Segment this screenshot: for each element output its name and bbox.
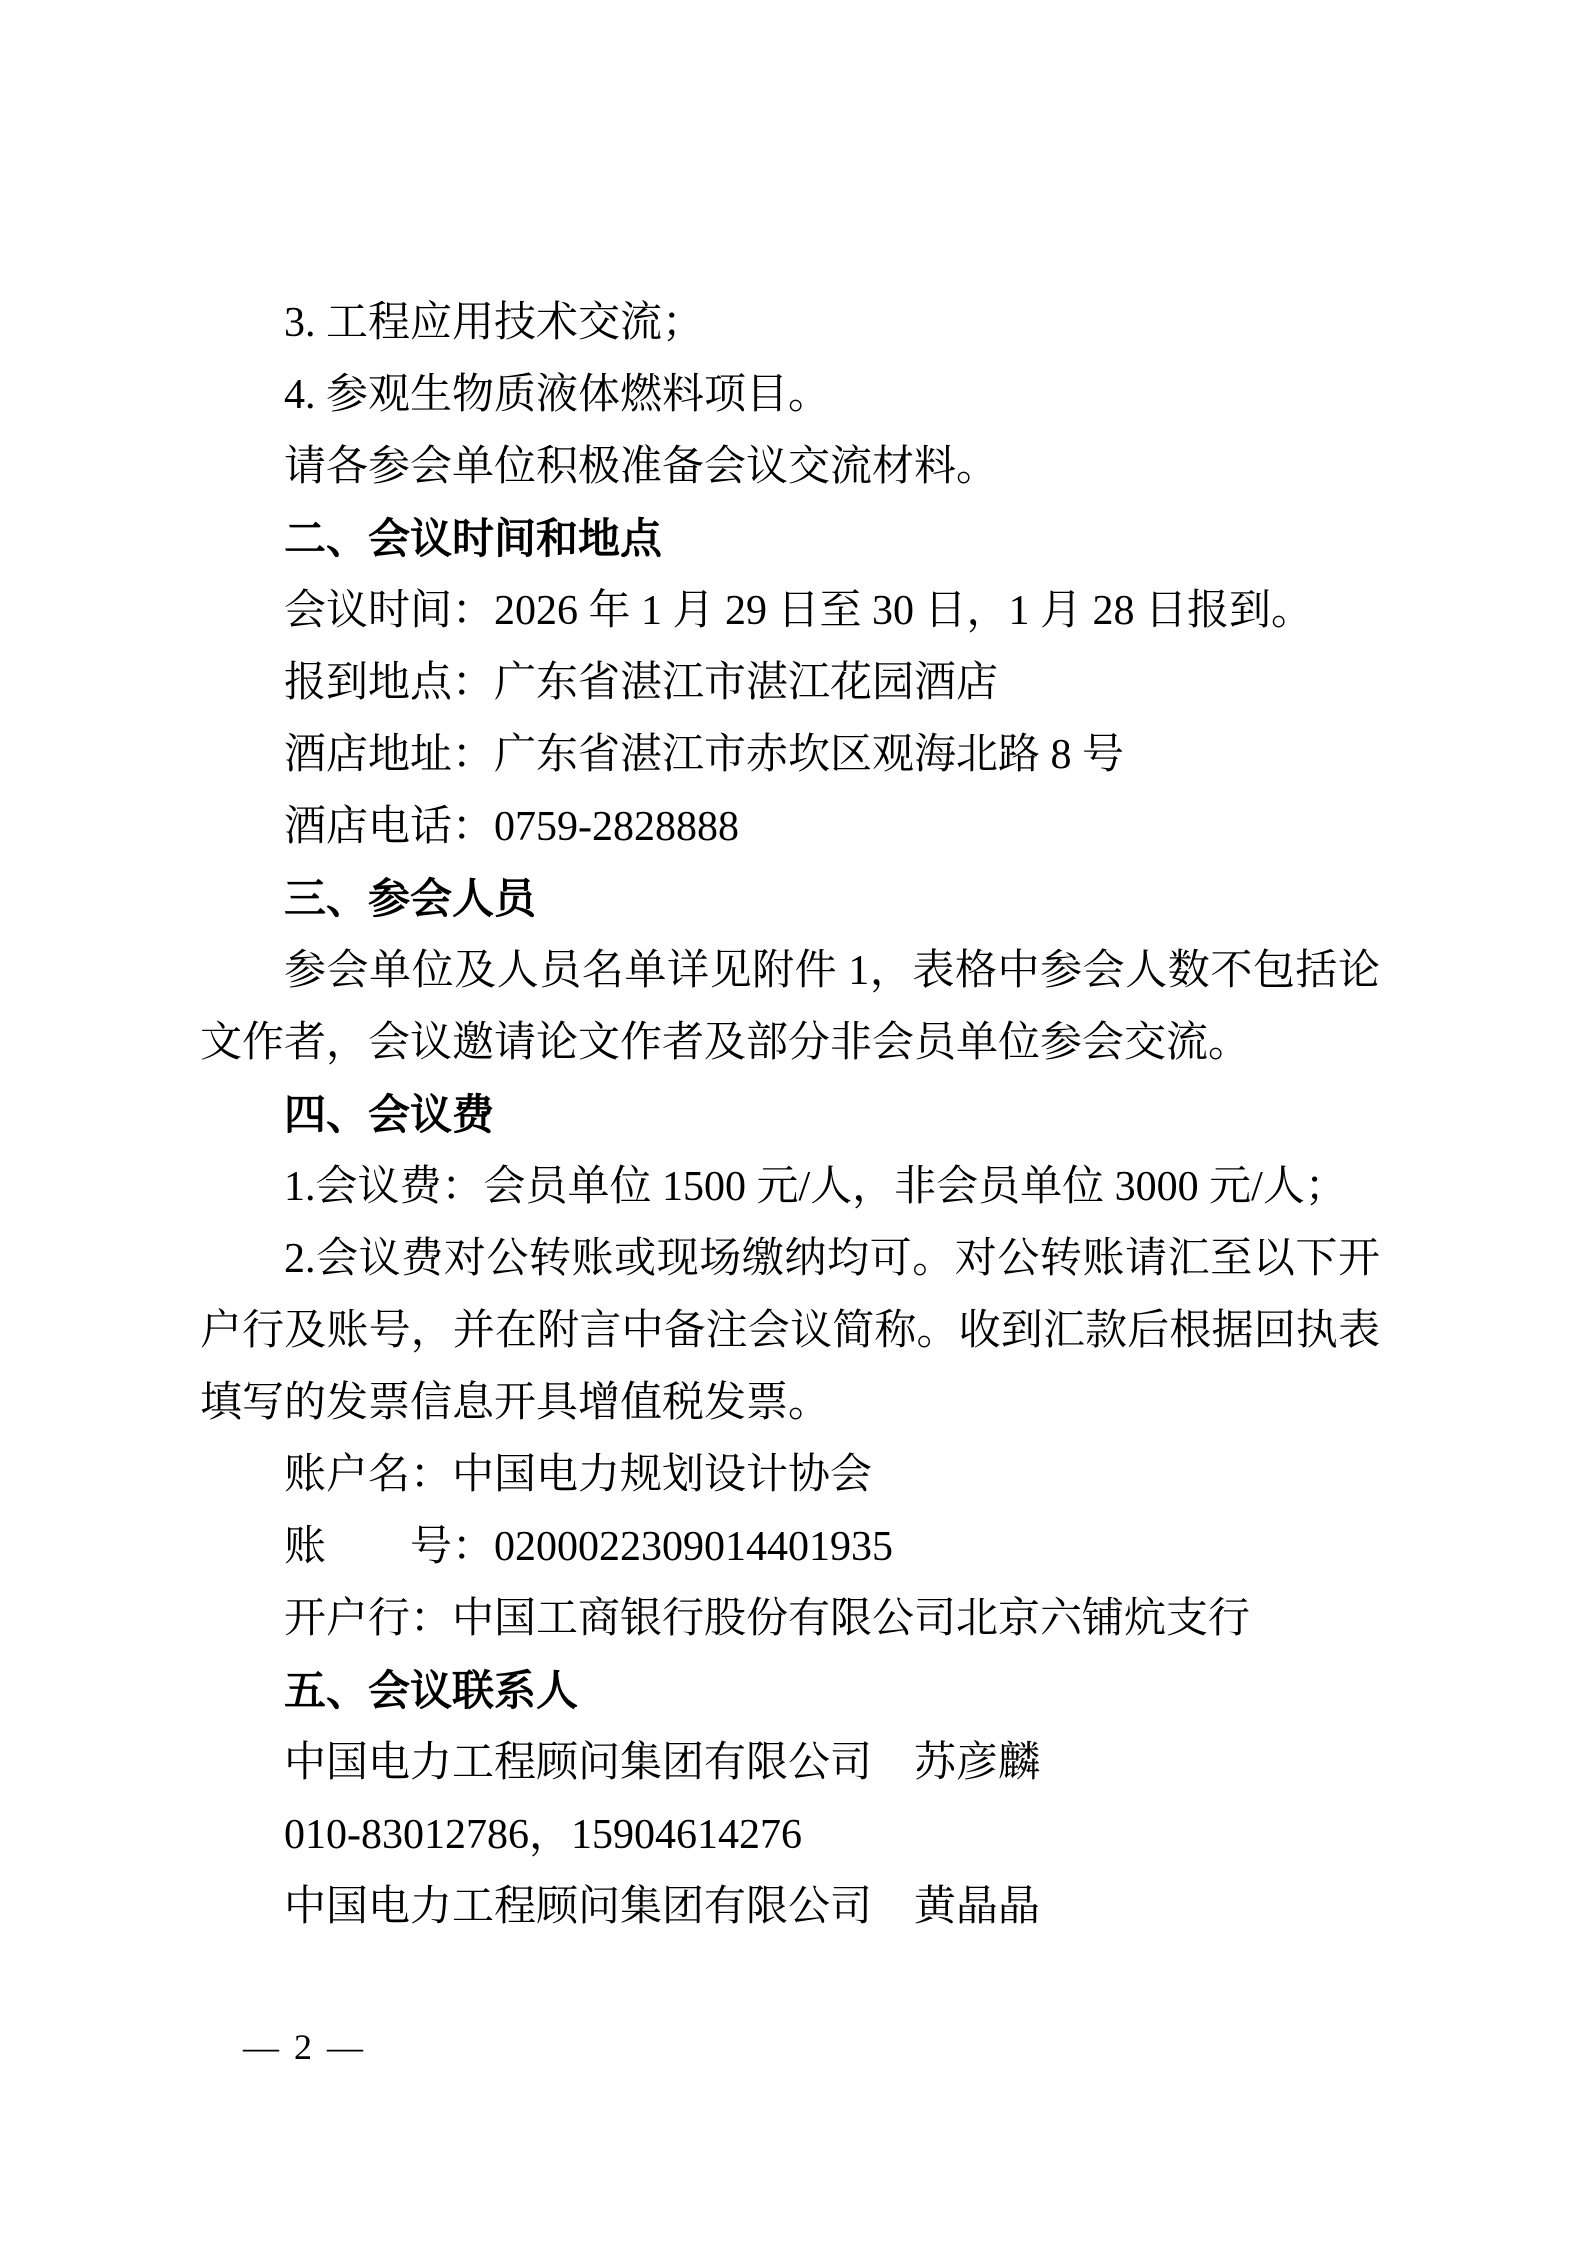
section-heading: 四、会议费 [200,1079,1380,1151]
section-heading: 五、会议联系人 [200,1655,1380,1727]
list-item: 1.会议费：会员单位 1500 元/人，非会员单位 3000 元/人； [200,1151,1380,1223]
page-number: — 2 — [243,2022,366,2072]
paragraph-line: 会议时间：2026 年 1 月 29 日至 30 日，1 月 28 日报到。 [200,575,1380,647]
paragraph-line: 请各参会单位积极准备会议交流材料。 [200,431,1380,503]
list-item: 4. 参观生物质液体燃料项目。 [200,359,1380,431]
paragraph-line: 户行及账号，并在附言中备注会议简称。收到汇款后根据回执表 [200,1295,1380,1367]
list-item: 3. 工程应用技术交流； [200,287,1380,359]
contact-line: 中国电力工程顾问集团有限公司 苏彦麟 [200,1727,1380,1799]
paragraph-line: 文作者，会议邀请论文作者及部分非会员单位参会交流。 [200,1007,1380,1079]
section-heading: 三、参会人员 [200,863,1380,935]
account-number-line: 账 号：0200022309014401935 [200,1511,1380,1583]
paragraph-line: 报到地点：广东省湛江市湛江花园酒店 [200,647,1380,719]
list-item: 2.会议费对公转账或现场缴纳均可。对公转账请汇至以下开 [200,1223,1380,1295]
account-name-line: 账户名：中国电力规划设计协会 [200,1439,1380,1511]
paragraph-line: 参会单位及人员名单详见附件 1，表格中参会人数不包括论 [200,935,1380,1007]
paragraph-line: 填写的发票信息开具增值税发票。 [200,1367,1380,1439]
section-heading: 二、会议时间和地点 [200,503,1380,575]
document-body: 3. 工程应用技术交流； 4. 参观生物质液体燃料项目。 请各参会单位积极准备会… [200,287,1380,1943]
contact-line: 中国电力工程顾问集团有限公司 黄晶晶 [200,1871,1380,1943]
bank-branch-line: 开户行：中国工商银行股份有限公司北京六铺炕支行 [200,1583,1380,1655]
paragraph-line: 酒店地址：广东省湛江市赤坎区观海北路 8 号 [200,719,1380,791]
document-page: 3. 工程应用技术交流； 4. 参观生物质液体燃料项目。 请各参会单位积极准备会… [0,0,1587,2245]
paragraph-line: 酒店电话：0759-2828888 [200,791,1380,863]
phone-line: 010-83012786，15904614276 [200,1799,1380,1871]
